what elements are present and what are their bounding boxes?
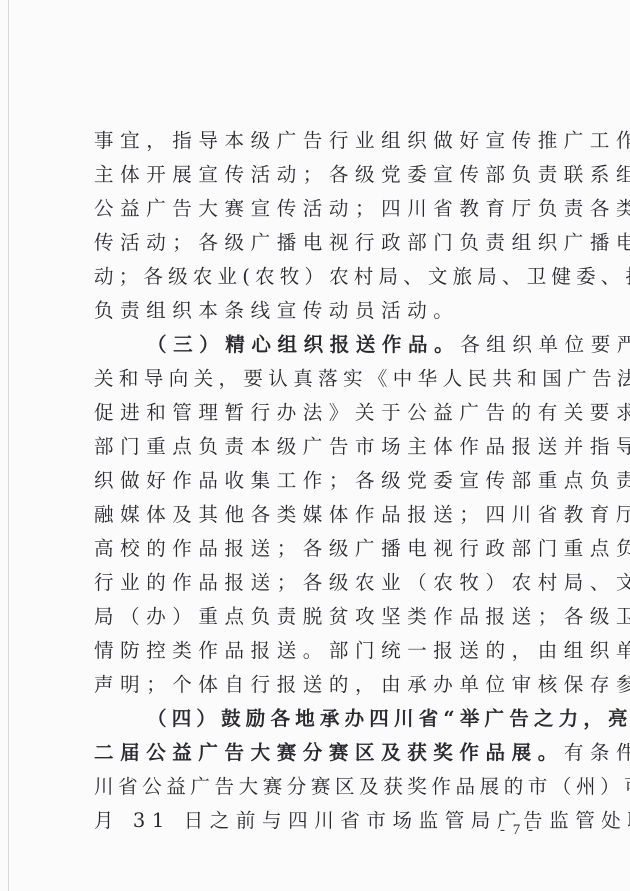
paragraph-line: 关和导向关，要认真落实《中华人民共和国广告法》、《公益广告 [94,362,546,396]
document-page: 事宜，指导本级广告行业组织做好宣传推广工作，联系广告市场 主体开展宣传活动；各级… [94,124,546,838]
paragraph-line: 部门重点负责本级广告市场主体作品报送并指导本级广告行业组 [94,430,546,464]
section-4-text: 有条件、有意愿承办四 [564,741,630,764]
section-4-heading: （四）鼓励各地承办四川省“举广告之力，亮锦绣天府”第 [94,702,546,736]
paragraph-line: 传活动；各级广播电视行政部门负责组织广播电视行业的宣传活 [94,226,546,260]
scan-edge-line [8,0,9,891]
paragraph-line: 主体开展宣传活动；各级党委宣传部负责联系组织各大媒体开展 [94,158,546,192]
paragraph-line: 动；各级农业(农牧）农村局、文旅局、卫健委、扶贫开发局（办） [94,260,546,294]
paragraph-line: 负责组织本条线宣传动员活动。 [94,294,546,328]
section-4-heading-cont: 二届公益广告大赛分赛区及获奖作品展。 [94,741,564,764]
paragraph-line: 融媒体及其他各类媒体作品报送；四川省教育厅重点负责指导各 [94,498,546,532]
paragraph-line: 高校的作品报送；各级广播电视行政部门重点负责组织广播电视 [94,532,546,566]
paragraph-line: 行业的作品报送；各级农业（农牧）农村局、文旅局、扶贫开发 [94,566,546,600]
section-4-second-line: 二届公益广告大赛分赛区及获奖作品展。有条件、有意愿承办四 [94,736,546,770]
section-3-text: 各组织单位要严把公益广告内容 [460,333,630,356]
paragraph-line: 织做好作品收集工作；各级党委宣传部重点负责联系组织本地区 [94,464,546,498]
paragraph-line: 月 31 日之前与四川省市场监管局广告监管处联系。 [94,804,546,838]
paragraph-line: 声明；个体自行报送的，由承办单位审核保存参赛声明。 [94,668,546,702]
paragraph-line: 川省公益广告大赛分赛区及获奖作品展的市（州）可在 2020 年 7 [94,770,546,804]
section-3-heading: （三）精心组织报送作品。 [147,333,460,356]
paragraph-line: 公益广告大赛宣传活动；四川省教育厅负责各类院校的联系与宣 [94,192,546,226]
page-number: - 7 - [500,822,535,839]
paragraph-line: 局（办）重点负责脱贫攻坚类作品报送；各级卫健委重点负责疫 [94,600,546,634]
paragraph-line: 情防控类作品报送。部门统一报送的，由组织单位审核保存参赛 [94,634,546,668]
section-3-first-line: （三）精心组织报送作品。各组织单位要严把公益广告内容 [94,328,546,362]
paragraph-line: 事宜，指导本级广告行业组织做好宣传推广工作，联系广告市场 [94,124,546,158]
paragraph-line: 促进和管理暂行办法》关于公益广告的有关要求。各级市场监管 [94,396,546,430]
